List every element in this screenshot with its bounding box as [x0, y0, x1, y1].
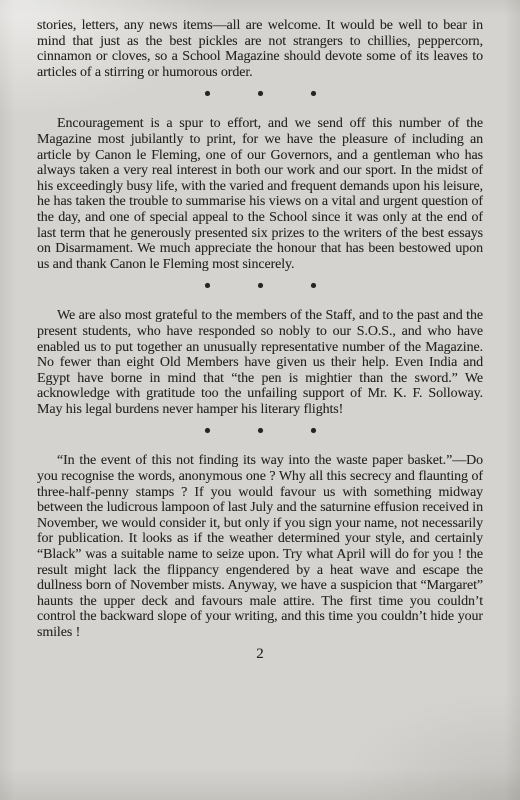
- asterisk-dot-icon: [205, 91, 210, 96]
- asterisk-dot-icon: [311, 428, 316, 433]
- page-number: 2: [37, 646, 483, 663]
- paragraph-canon-le-fleming: Encouragement is a spur to effort, and w…: [37, 116, 483, 272]
- page-content: stories, letters, any news items—all are…: [37, 18, 483, 663]
- asterisk-dot-icon: [258, 428, 263, 433]
- paragraph-anonymous-letter: “In the event of this not finding its wa…: [37, 453, 483, 640]
- asterisk-divider: [37, 90, 483, 96]
- magazine-page: stories, letters, any news items—all are…: [0, 0, 520, 800]
- asterisk-dot-icon: [311, 91, 316, 96]
- asterisk-dot-icon: [311, 283, 316, 288]
- asterisk-divider: [37, 427, 483, 433]
- asterisk-dot-icon: [258, 91, 263, 96]
- paragraph-welcome-items: stories, letters, any news items—all are…: [37, 18, 483, 80]
- paragraph-staff-thanks: We are also most grateful to the members…: [37, 308, 483, 417]
- asterisk-dot-icon: [205, 428, 210, 433]
- asterisk-divider: [37, 282, 483, 288]
- asterisk-dot-icon: [205, 283, 210, 288]
- asterisk-dot-icon: [258, 283, 263, 288]
